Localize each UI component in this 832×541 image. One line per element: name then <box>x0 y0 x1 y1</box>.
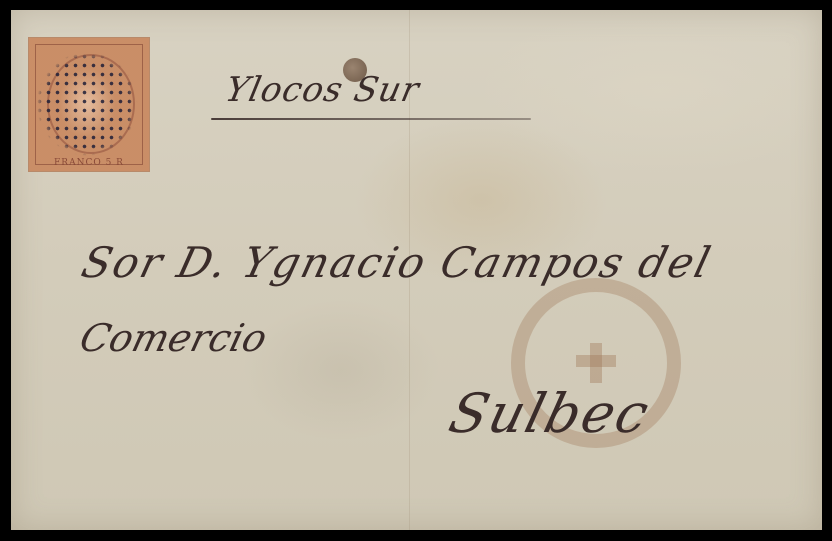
destination: Sulbec <box>443 382 657 445</box>
route-note: Ylocos Sur <box>222 70 424 110</box>
addressee-line: Sor D. Ygnacio Campos del <box>77 238 717 287</box>
envelope-paper: FRANCO 5 R Ylocos Sur Sor D. Ygnacio Cam… <box>11 10 822 530</box>
addressee-line-2: Comercio <box>76 316 272 360</box>
postage-stamp: FRANCO 5 R <box>28 37 150 172</box>
postmark-cross-icon <box>576 343 616 383</box>
dotted-cancellation <box>17 34 157 174</box>
route-underline <box>211 118 531 120</box>
stamp-inscription: FRANCO 5 R <box>29 158 149 168</box>
